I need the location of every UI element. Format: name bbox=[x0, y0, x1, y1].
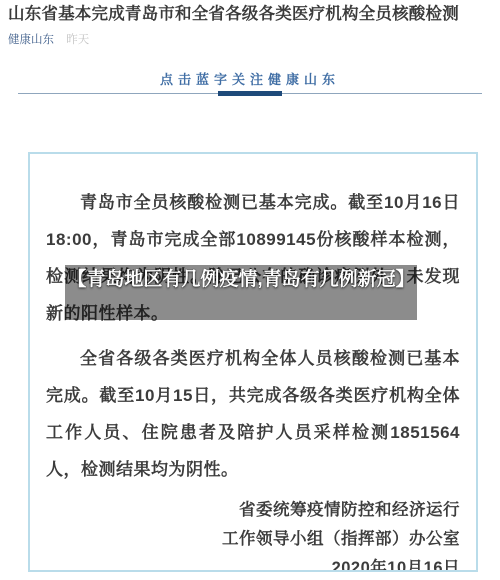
publish-time: 昨天 bbox=[66, 34, 89, 46]
signature-date: 2020年10月16日 bbox=[46, 554, 460, 572]
signature-line-2: 工作领导小组（指挥部）办公室 bbox=[46, 525, 460, 554]
signature-block: 省委统筹疫情防控和经济运行 工作领导小组（指挥部）办公室 2020年10月16日 bbox=[46, 496, 460, 572]
divider-accent-bar bbox=[218, 91, 282, 96]
overlay-caption-banner: 【青岛地区有几例疫情,青岛有几例新冠】 bbox=[65, 265, 417, 320]
article-title: 山东省基本完成青岛市和全省各级各类医疗机构全员核酸检测 bbox=[8, 1, 488, 27]
official-notice-box: 青岛市全员核酸检测已基本完成。截至10月16日18:00，青岛市完成全部1089… bbox=[28, 152, 478, 572]
signature-line-1: 省委统筹疫情防控和经济运行 bbox=[46, 496, 460, 525]
follow-account-link[interactable]: 点击蓝字关注健康山东 bbox=[0, 69, 500, 88]
article-page: 山东省基本完成青岛市和全省各级各类医疗机构全员核酸检测 健康山东 昨天 点击蓝字… bbox=[0, 0, 500, 580]
notice-paragraph-province: 全省各级各类医疗机构全体人员核酸检测已基本完成。截至10月15日，共完成各级各类… bbox=[46, 340, 460, 488]
byline: 健康山东 昨天 bbox=[8, 33, 89, 47]
account-name-link[interactable]: 健康山东 bbox=[8, 34, 54, 46]
section-divider bbox=[18, 91, 482, 96]
